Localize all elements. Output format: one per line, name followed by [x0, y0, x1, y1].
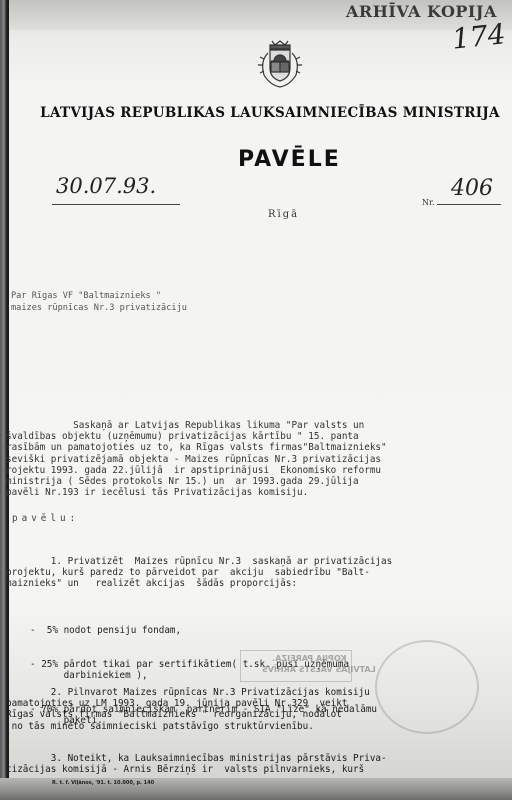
date-field: 30.07.93.	[52, 176, 180, 205]
preamble-paragraph: Saskaņā ar Latvijas Republikas likuma "P…	[6, 420, 387, 498]
round-seal-stamp	[375, 640, 479, 734]
stamp-text-line-2: LATVIJAS VALSTS ARHĪVS	[262, 665, 376, 674]
number-label: Nr.	[422, 198, 435, 207]
clause-3: 3. Noteikt, ka Lauksaimniecības ministri…	[6, 753, 387, 775]
place-of-issue: Rīgā	[268, 209, 299, 220]
printer-imprint: R. t. f. Viļānos, '91. t. 10.000, p. 140	[52, 780, 154, 786]
proportion-item: - 5% nodot pensiju fondam,	[30, 625, 377, 636]
date-value: 30.07.93.	[56, 174, 156, 198]
subject-line: Par Rīgas VF "Baltmaiznieks " maizes rūp…	[11, 290, 187, 314]
number-field: 406	[437, 178, 501, 205]
ministry-heading: LATVIJAS REPUBLIKAS LAUKSAIMNIECĪBAS MIN…	[0, 105, 512, 121]
stamp-text-line-1: KOPIJA PAREIZA.	[272, 654, 347, 663]
decree-word: pavēlu:	[12, 513, 79, 524]
latvia-coat-of-arms-icon	[252, 35, 308, 91]
document-type-title: PAVĒLE	[238, 147, 341, 172]
handwritten-page-number: 174	[450, 17, 507, 55]
number-value: 406	[451, 176, 493, 201]
clause-2: 2. Pilnvarot Maizes rūpnīcas Nr.3 Privat…	[6, 687, 370, 732]
archive-copy-stamp: ARHĪVA KOPIJA	[346, 2, 497, 21]
clause-1: 1. Privatizēt Maizes rūpnīcu Nr.3 saskaņ…	[6, 556, 392, 590]
